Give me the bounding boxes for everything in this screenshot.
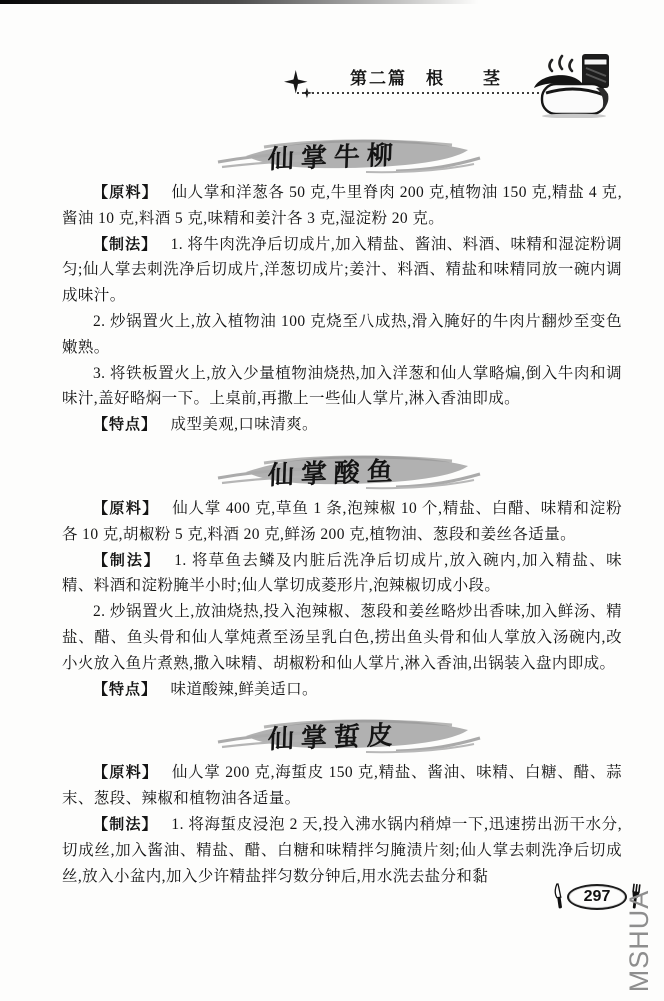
recipe-step: 2. 炒锅置火上,放油烧热,投入泡辣椒、葱段和姜丝略炒出香味,加入鲜汤、精盐、醋… [62,599,622,676]
section-text: 成型美观,口味清爽。 [171,416,318,433]
knife-icon [552,883,565,910]
recipe-section: 【原料】仙人掌 200 克,海蜇皮 150 克,精盐、酱油、味精、白糖、醋、蒜末… [62,760,622,812]
recipe-title: 仙掌牛柳 [253,129,410,177]
scan-edge-artifact [0,0,520,4]
recipe-section: 【制法】1. 将牛肉洗净后切成片,加入精盐、酱油、料酒、味精和湿淀粉调匀;仙人掌… [62,232,622,309]
section-text: 2. 炒锅置火上,放油烧热,投入泡辣椒、葱段和姜丝略炒出香味,加入鲜汤、精盐、醋… [62,603,622,672]
section-text: 2. 炒锅置火上,放入植物油 100 克烧至八成热,滑入腌好的牛肉片翻炒至变色嫩… [62,313,622,356]
section-label: 【原料】 [93,500,159,517]
section-label: 【特点】 [93,681,157,698]
steaming-dish-icon [526,48,624,118]
recipes-area: 仙掌牛柳 【原料】仙人掌和洋葱各 50 克,牛里脊肉 200 克,植物油 150… [0,122,664,889]
page-header: 第二篇 根 茎 [0,48,664,120]
recipe-section: 【制法】1. 将海蜇皮浸泡 2 天,投入沸水锅内稍焯一下,迅速捞出沥干水分,切成… [62,812,622,889]
section-label: 【原料】 [93,184,158,201]
recipe-body: 【原料】仙人掌 200 克,海蜇皮 150 克,精盐、酱油、味精、白糖、醋、蒜末… [0,758,664,889]
recipe-section: 【原料】仙人掌和洋葱各 50 克,牛里脊肉 200 克,植物油 150 克,精盐… [62,180,622,232]
recipe-section: 【特点】成型美观,口味清爽。 [62,412,622,438]
recipe-title-banner: 仙掌牛柳 [254,132,410,174]
sparkle-stars-icon [284,70,316,102]
dotted-rule [297,92,539,94]
recipe: 仙掌蜇皮 【原料】仙人掌 200 克,海蜇皮 150 克,精盐、酱油、味精、白糖… [0,712,664,889]
recipe: 仙掌牛柳 【原料】仙人掌和洋葱各 50 克,牛里脊肉 200 克,植物油 150… [0,132,664,438]
recipe-step: 2. 炒锅置火上,放入植物油 100 克烧至八成热,滑入腌好的牛肉片翻炒至变色嫩… [62,309,622,361]
section-label: 【原料】 [93,764,158,781]
recipe-title-banner: 仙掌酸鱼 [254,448,410,490]
section-text: 味道酸辣,鲜美适口。 [171,681,318,698]
book-page: 第二篇 根 茎 [0,0,664,1001]
section-label: 【特点】 [93,416,157,433]
recipe-section: 【制法】1. 将草鱼去鳞及内脏后洗净后切成片,放入碗内,加入精盐、味精、料酒和淀… [62,548,622,600]
recipe-step: 3. 将铁板置火上,放入少量植物油烧热,加入洋葱和仙人掌略煸,倒入牛肉和调味汁,… [62,361,622,413]
recipe-section: 【特点】味道酸辣,鲜美适口。 [62,677,622,703]
section-label: 【制法】 [93,236,157,253]
section-text: 3. 将铁板置火上,放入少量植物油烧热,加入洋葱和仙人掌略煸,倒入牛肉和调味汁,… [62,365,622,408]
recipe-title: 仙掌酸鱼 [253,445,410,493]
section-label: 【制法】 [93,816,158,833]
chapter-title: 第二篇 根 茎 [350,64,502,89]
recipe-section: 【原料】仙人掌 400 克,草鱼 1 条,泡辣椒 10 个,精盐、白醋、味精和淀… [62,496,622,548]
page-number: 297 [567,884,627,910]
recipe-body: 【原料】仙人掌和洋葱各 50 克,牛里脊肉 200 克,植物油 150 克,精盐… [0,178,664,438]
recipe: 仙掌酸鱼 【原料】仙人掌 400 克,草鱼 1 条,泡辣椒 10 个,精盐、白醋… [0,448,664,702]
recipe-body: 【原料】仙人掌 400 克,草鱼 1 条,泡辣椒 10 个,精盐、白醋、味精和淀… [0,494,664,702]
recipe-title: 仙掌蜇皮 [253,710,410,758]
recipe-title-banner: 仙掌蜇皮 [254,712,410,754]
watermark: MSHUA [624,880,654,1001]
section-label: 【制法】 [93,552,161,569]
